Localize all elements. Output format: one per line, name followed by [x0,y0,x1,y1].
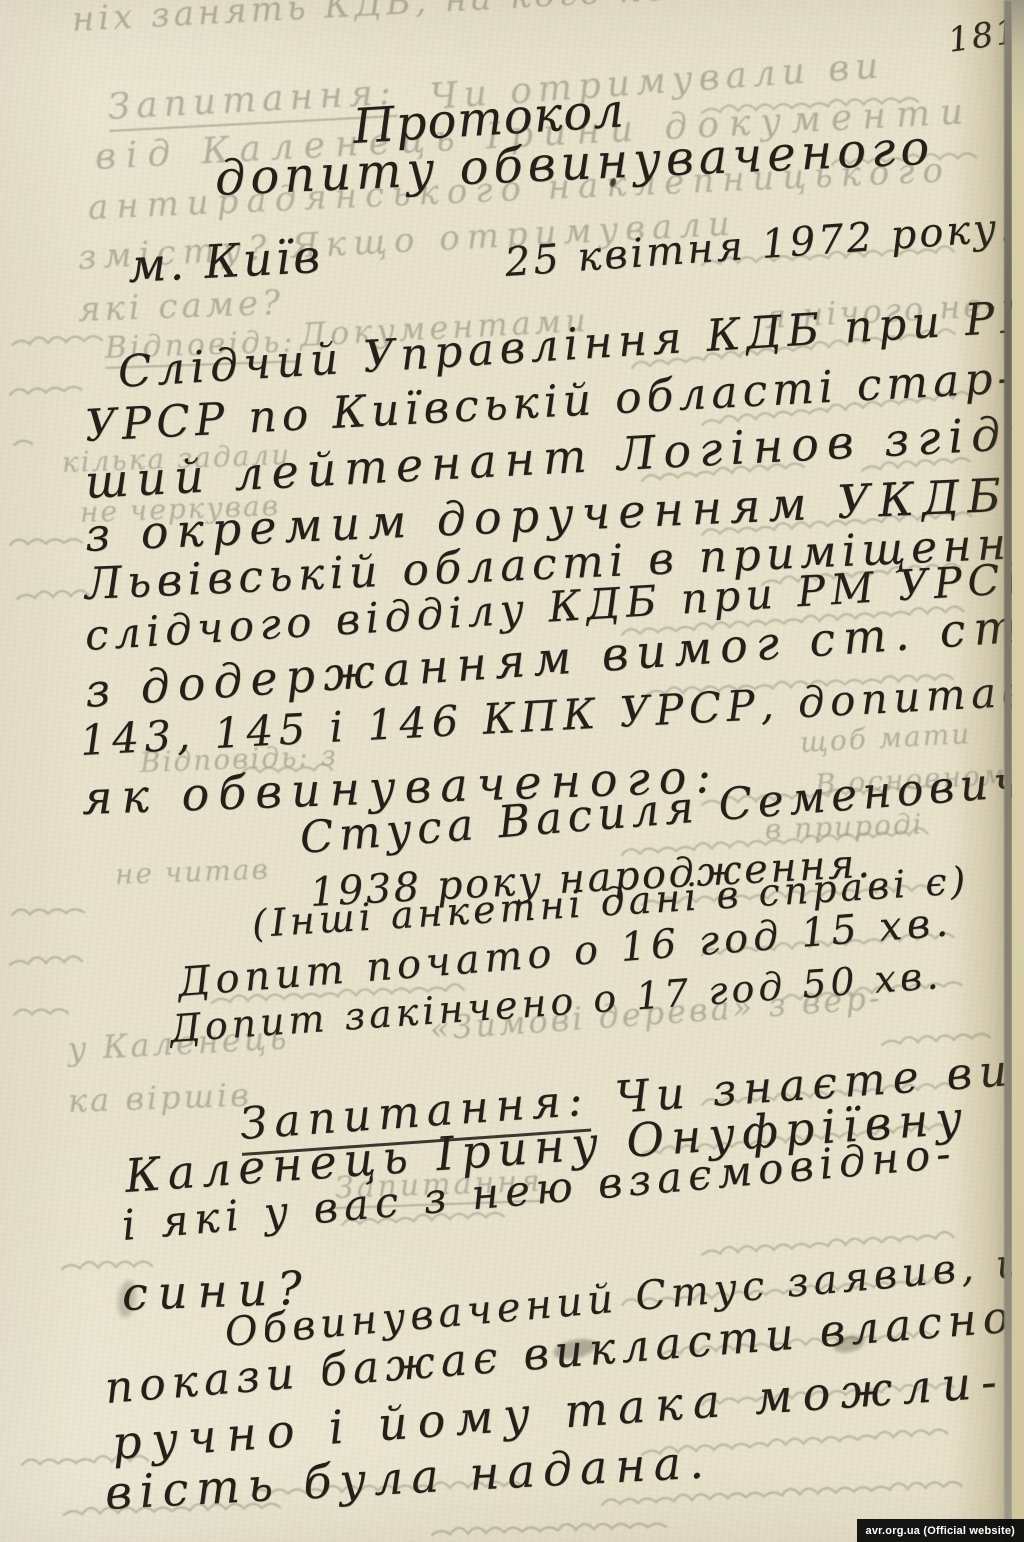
bleed-squiggle [10,898,117,924]
scanned-document-page: ніх занять КДБ, на кого не відповідатиму… [0,0,1024,1542]
page-edge-outer [1012,0,1024,1542]
bleedthrough-text: ка віршів [67,1078,252,1120]
bleed-squiggle [9,326,118,354]
bleedthrough-text: які саме? [77,285,285,330]
doc-place: м. Київ [127,230,325,293]
bleed-squiggle [430,1513,691,1542]
bleed-squiggle [12,999,95,1024]
bleed-squiggle [7,947,108,974]
bleed-squiggle [11,430,58,454]
bleedthrough-text: ніх занять КДБ, на кого не відповідатиму [71,0,1006,39]
watermark-credit: avr.org.ua (Official website) [857,1519,1024,1542]
page-edge-seam [1004,0,1012,1542]
bleed-squiggle [699,87,950,122]
page-edge-shade [952,0,1004,1542]
bleedthrough-text: не читав [114,855,270,891]
doc-date: 25 квітня 1972 року. [503,204,1016,286]
